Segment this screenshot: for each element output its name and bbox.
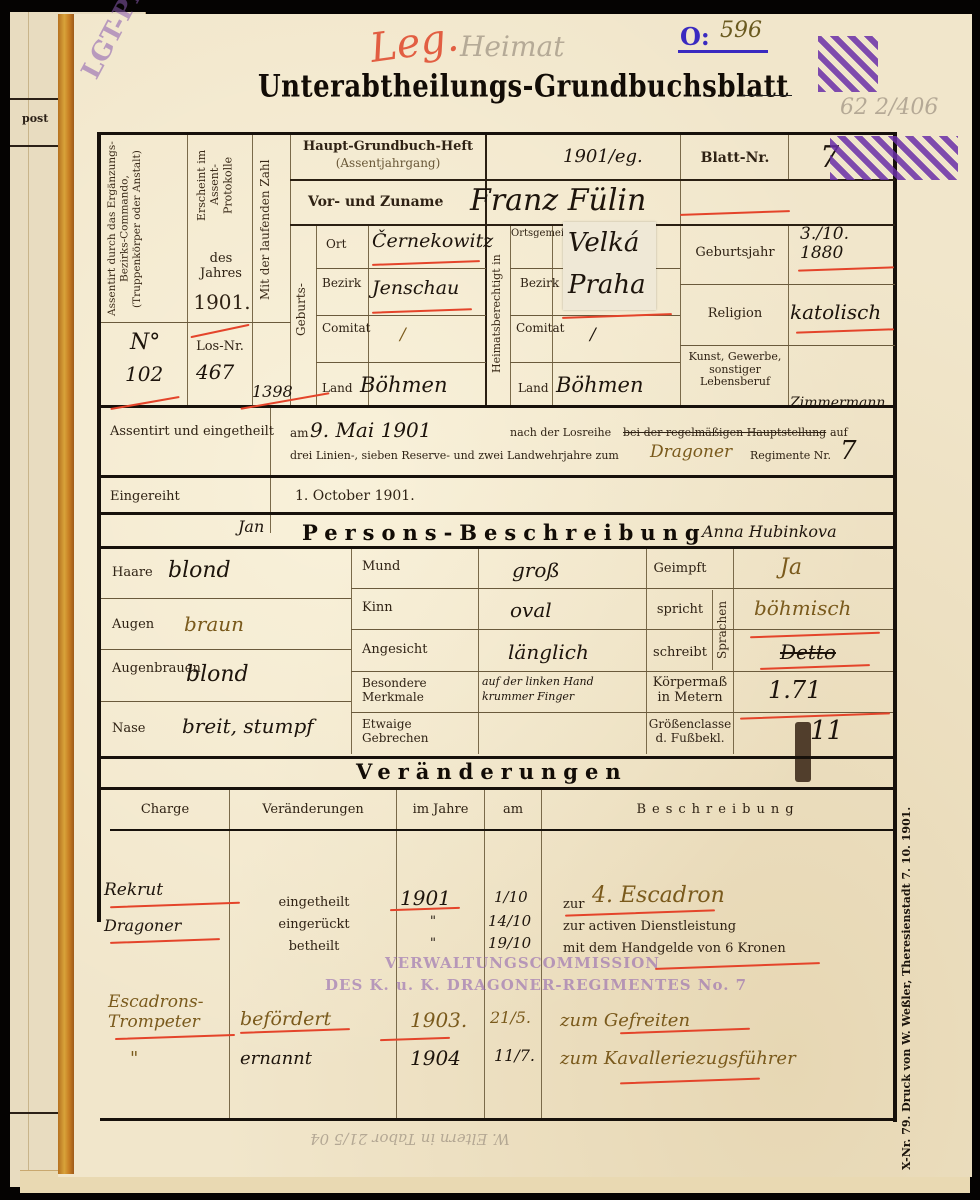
- haupt-value: 1901/eg.: [563, 146, 643, 167]
- table-bottom-rule: [100, 1118, 895, 1121]
- col-label-assentirt: Assentirt durch das Ergänzungs-Bezirks-C…: [106, 140, 181, 318]
- col-header-beschreibung: Beschreibung: [542, 803, 894, 818]
- row1-change: eingetheilt: [232, 896, 396, 911]
- assent-unit-value: Dragoner: [650, 442, 732, 462]
- haare-label: Haare: [112, 566, 153, 581]
- augen-value: braun: [184, 612, 244, 636]
- row5-desc: zum Kavalleriezugsführer: [560, 1048, 796, 1069]
- pencil-ref: 62 2/406: [840, 95, 938, 120]
- assent-am: am: [290, 427, 309, 441]
- birth-bezirk-label: Bezirk: [322, 277, 366, 291]
- pencil-annotation-heimat: Heimat: [460, 30, 564, 63]
- row-divider: [101, 322, 291, 323]
- haare-value: blond: [168, 558, 231, 583]
- col-divider: [485, 135, 487, 405]
- religion-value: katolisch: [790, 300, 881, 324]
- row4-desc: zum Gefreiten: [560, 1010, 690, 1031]
- row2-year: ": [430, 914, 436, 929]
- col-divider: [478, 549, 479, 754]
- year-label: des Jahres: [190, 252, 252, 282]
- row5-year: 1904: [410, 1046, 461, 1070]
- gebrechen-label: Etwaige Gebrechen: [362, 718, 472, 746]
- persons-note-right: Anna Hubinkova: [702, 522, 837, 541]
- col-divider: [788, 135, 789, 180]
- year-value: 1901.: [192, 291, 252, 314]
- row-divider: [316, 268, 486, 269]
- mund-label: Mund: [362, 560, 400, 575]
- row-rule: [100, 546, 895, 549]
- birth-comitat-value: /: [400, 325, 406, 345]
- col-divider: [646, 549, 647, 754]
- koerper-label: Körpermaß in Metern: [648, 676, 732, 706]
- laufende-zahl-value: 1398: [252, 382, 293, 401]
- brauen-value: blond: [186, 662, 249, 687]
- los-value: 467: [196, 360, 234, 384]
- row-divider: [510, 362, 680, 363]
- col-header-am: am: [485, 803, 541, 818]
- birth-comitat-label: Comitat: [322, 322, 366, 336]
- nr-value: 102: [125, 362, 163, 386]
- row1-day: 1/10: [494, 888, 528, 906]
- row-divider: [101, 701, 351, 702]
- col-divider: [680, 135, 681, 405]
- persons-section-title: Persons-Beschreibung: [302, 520, 707, 545]
- kinn-label: Kinn: [362, 601, 393, 616]
- assent-date-value: 9. Mai 1901: [310, 418, 432, 442]
- sheet-label-post: post: [22, 112, 48, 125]
- col-label-erscheint: Erscheint im Assent-Protokolle: [195, 140, 245, 230]
- angesicht-label: Angesicht: [362, 643, 427, 658]
- row2-day: 14/10: [488, 912, 531, 930]
- sprachen-label: Sprachen: [715, 592, 731, 668]
- row1-desc-prefix: zur: [563, 898, 584, 913]
- row-divider: [351, 588, 893, 589]
- heimat-label: Heimatsberechtigt in: [490, 228, 508, 400]
- home-land-value: Böhmen: [556, 373, 643, 397]
- col-divider: [712, 590, 713, 670]
- ink-blot: [795, 722, 811, 782]
- birth-bezirk-value: Jenschau: [372, 277, 459, 299]
- eingereiht-label: Eingereiht: [110, 490, 180, 505]
- changes-section-title: Veränderungen: [356, 759, 628, 784]
- nr-label: N°: [130, 330, 160, 355]
- row1-charge: Rekrut: [104, 880, 163, 900]
- merkmale-label: Besondere Merkmale: [362, 677, 472, 705]
- col-divider: [290, 135, 291, 405]
- row2-desc: zur activen Dienstleistung: [563, 920, 736, 935]
- spricht-value: böhmisch: [754, 596, 851, 620]
- sheet-gold-edge: [58, 14, 74, 1174]
- row5-day: 11/7.: [494, 1046, 535, 1065]
- row4-day: 21/5.: [490, 1008, 531, 1027]
- col-divider: [187, 135, 188, 405]
- printer-imprint: X-Nr. 79. Druck von W. Weßler, Theresien…: [900, 700, 920, 1170]
- regiment-value: 7: [840, 436, 857, 466]
- row-divider: [316, 315, 486, 316]
- assent-regimente: Regimente Nr.: [750, 450, 831, 463]
- purple-hatched-stamp-blatt: [830, 136, 958, 180]
- col-header-charge: Charge: [100, 803, 230, 818]
- row4-charge: Escadrons-Trompeter: [108, 992, 228, 1033]
- purple-hatched-stamp: [818, 36, 878, 92]
- row2-change: eingerückt: [232, 918, 396, 933]
- schreibt-value: Detto: [780, 640, 836, 664]
- fuss-label: Größenclasse d. Fußbekl.: [648, 718, 732, 746]
- row5-change: ernannt: [240, 1048, 312, 1069]
- row-rule: [100, 512, 895, 515]
- col-divider: [351, 549, 352, 754]
- row-divider: [101, 598, 351, 599]
- col-header-veraenderungen: Veränderungen: [230, 803, 396, 818]
- koerper-value: 1.71: [768, 676, 821, 704]
- geimpft-value: Ja: [780, 555, 802, 580]
- mund-value: groß: [512, 558, 560, 582]
- haupt-sub: (Assentjahrgang): [292, 157, 484, 171]
- o-number-value: 596: [720, 18, 762, 43]
- name-value: Franz Fülin: [470, 183, 646, 218]
- geburtsjahr-value: 3./10. 1880: [800, 225, 880, 262]
- row-divider: [351, 712, 893, 713]
- nase-label: Nase: [112, 722, 146, 737]
- beruf-label: Kunst, Gewerbe, sonstiger Lebensberuf: [682, 351, 788, 389]
- row-divider: [290, 179, 895, 181]
- header-bottom-rule: [100, 405, 895, 408]
- nase-value: breit, stumpf: [182, 714, 314, 738]
- row4-change: befördert: [240, 1008, 331, 1030]
- geimpft-label: Geimpft: [648, 562, 712, 577]
- o-number-underline: [678, 50, 768, 53]
- col-divider: [252, 135, 253, 405]
- row-rule: [100, 475, 895, 478]
- row-rule: [100, 787, 895, 790]
- los-label: Los-Nr.: [188, 340, 252, 355]
- title-rule: [742, 95, 792, 96]
- row3-year: ": [430, 936, 436, 951]
- header-top-rule: [100, 132, 895, 135]
- brauen-label: Augenbrauen: [112, 662, 162, 677]
- merkmale-value: auf der linken Hand krummer Finger: [482, 674, 642, 705]
- row3-change: betheilt: [232, 940, 396, 955]
- sheet-margin-line: [28, 12, 29, 1187]
- blatt-label: Blatt-Nr.: [682, 150, 788, 166]
- home-comitat-value: /: [590, 325, 596, 345]
- col-divider: [229, 790, 230, 1120]
- haupt-label: Haupt-Grundbuch-Heft: [292, 140, 484, 155]
- assent-label: Assentirt und eingetheilt: [110, 425, 274, 440]
- home-comitat-label: Comitat: [516, 322, 552, 336]
- religion-label: Religion: [682, 307, 788, 322]
- row1-desc: 4. Escadron: [592, 883, 725, 908]
- angesicht-value: länglich: [508, 640, 589, 664]
- eingereiht-value: 1. October 1901.: [295, 488, 415, 504]
- geburts-label: Geburts-: [294, 265, 312, 355]
- row-divider: [680, 284, 895, 285]
- col-header-jahr: im Jahre: [397, 803, 484, 818]
- right-frame: [893, 132, 897, 1122]
- footer-pencil-note: W. Eltern in Tabor 21/5 04: [310, 1130, 510, 1148]
- name-label: Vor- und Zuname: [308, 194, 443, 210]
- page-title: Unterabtheilungs-Grundbuchsblatt: [258, 69, 789, 105]
- row-divider: [351, 629, 893, 630]
- assent-line2: drei Linien-, sieben Reserve- und zwei L…: [290, 450, 619, 463]
- col-divider: [733, 549, 734, 754]
- fuss-value: 11: [810, 716, 843, 746]
- assent-losreihe: nach der Losreihe: [510, 427, 611, 440]
- birth-land-value: Böhmen: [360, 373, 447, 397]
- commission-stamp-line1: VERWALTUNGSCOMMISSION: [385, 954, 660, 972]
- row-rule: [110, 829, 895, 831]
- row5-charge: ": [130, 1048, 138, 1069]
- row2-charge: Dragoner: [104, 916, 181, 935]
- home-gemeinde-label: Ortsgemeinde: [511, 228, 551, 240]
- home-bezirk-value: Praha: [568, 270, 646, 300]
- augen-label: Augen: [112, 618, 154, 633]
- geburtsjahr-label: Geburtsjahr: [682, 246, 788, 261]
- row-divider: [316, 362, 486, 363]
- persons-note-left: Jan: [238, 517, 264, 536]
- col-label-laufende-zahl: Mit der laufenden Zahl: [258, 140, 286, 320]
- birth-ort-label: Ort: [326, 238, 346, 252]
- schreibt-label: schreibt: [648, 646, 712, 661]
- home-land-label: Land: [518, 382, 549, 396]
- birth-ort-value: Černekowitz: [372, 230, 493, 252]
- assent-struck-text: bei der regelmäßigen Hauptstellung: [623, 427, 826, 440]
- row3-day: 19/10: [488, 934, 531, 952]
- row-divider: [680, 345, 895, 346]
- beruf-value: Zimmermann: [790, 395, 885, 411]
- commission-stamp-line2: DES K. u. K. DRAGONER-REGIMENTES No. 7: [325, 976, 747, 994]
- o-number-label: O:: [680, 22, 710, 51]
- home-bezirk-label: Bezirk: [520, 277, 550, 291]
- col-divider: [788, 225, 789, 405]
- spricht-label: spricht: [648, 603, 712, 618]
- kinn-value: oval: [510, 598, 552, 622]
- row-divider: [101, 649, 351, 650]
- home-gemeinde-value: Velká: [568, 228, 639, 258]
- row4-year: 1903.: [410, 1008, 467, 1032]
- row-divider: [351, 671, 893, 672]
